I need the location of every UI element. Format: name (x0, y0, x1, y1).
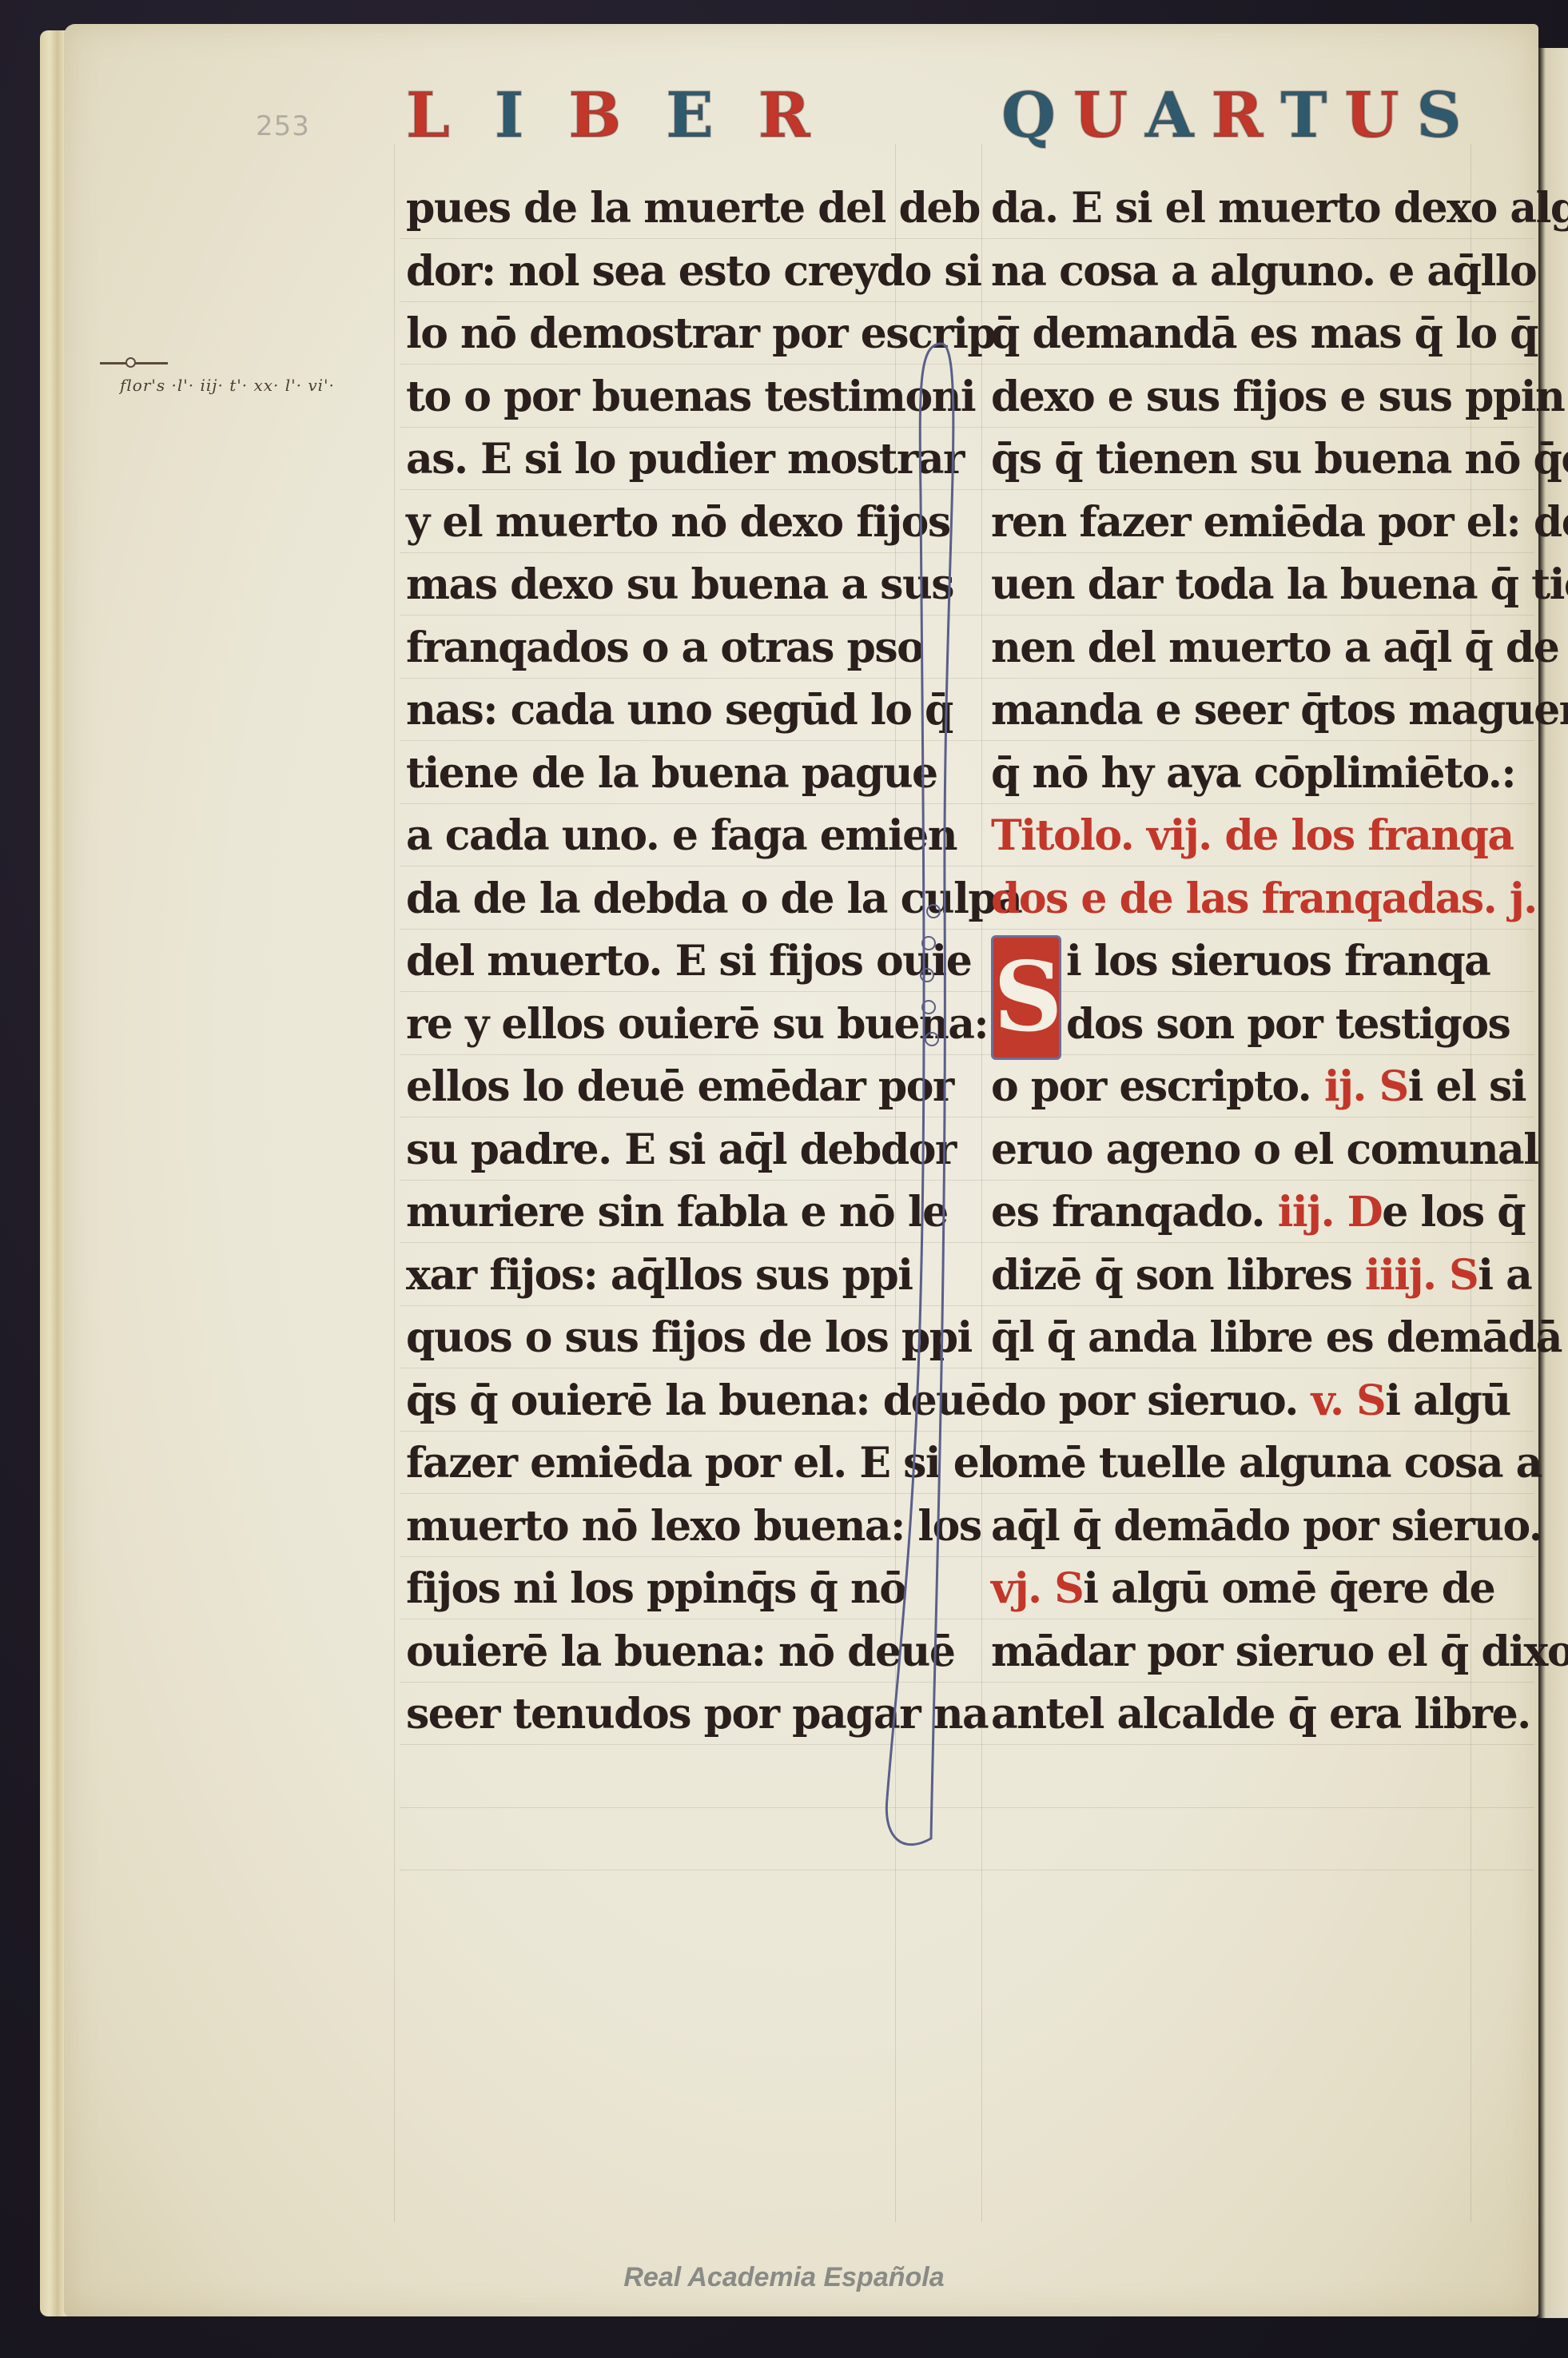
rubric-title-line: dos e de las franqadas. j. (991, 868, 1478, 931)
watermark: Real Academia Española (0, 2262, 1568, 2293)
text-line: mādar por sieruo el q̄ dixo (991, 1621, 1478, 1684)
header-quartus-letter: R (1205, 80, 1270, 152)
header-quartus-letter: Q (995, 80, 1062, 152)
text-line: su padre. E si aq̄l debdor (406, 1119, 893, 1182)
text-span: antel alcalde q̄ era libre. (991, 1690, 1530, 1739)
header-liber-letter: I (488, 80, 531, 152)
rubric-text: vj. S (991, 1564, 1083, 1613)
text-line: muriere sin fabla e nō le (406, 1181, 893, 1245)
text-span: do por sieruo. (991, 1376, 1311, 1425)
text-line: dor: nol sea esto creydo si (406, 241, 893, 304)
text-line: ren fazer emiēda por el: de (991, 492, 1478, 555)
text-line: xar fijos: aq̄llos sus ppi (406, 1245, 893, 1308)
text-line: fijos ni los ppinq̄s q̄ nō (406, 1558, 893, 1621)
text-column-right: da. E si el muerto dexo alguna cosa a al… (991, 177, 1478, 1747)
folio-number: 253 (256, 110, 310, 142)
decorated-initial-s: S (991, 935, 1061, 1060)
header-liber-letter: B (562, 80, 627, 152)
text-line: da de la debda o de la culpa (406, 868, 893, 931)
text-line: re y ellos ouierē su buena: (406, 994, 893, 1057)
text-span: i a (1478, 1251, 1531, 1300)
text-line: dexo e sus fijos e sus ppin (991, 366, 1478, 429)
ruling-line (400, 1870, 1534, 1870)
text-span: q̄s q̄ tienen su buena nō q̄e (991, 435, 1568, 484)
text-span: manda e seer q̄tos maguer (991, 686, 1568, 735)
text-line: antel alcalde q̄ era libre. (991, 1683, 1478, 1747)
text-line: manda e seer q̄tos maguer (991, 679, 1478, 743)
header-quartus-letter: U (1338, 80, 1405, 152)
text-line: omē tuelle alguna cosa a (991, 1432, 1478, 1496)
text-span: i algū omē q̄ere de (1083, 1564, 1494, 1613)
ruling-line (400, 1807, 1534, 1808)
rubric-text: iij. D (1278, 1188, 1383, 1237)
text-line: do por sieruo. v. Si algū (991, 1370, 1478, 1433)
rubric-title-line: Titolo. vij. de los franqa (991, 805, 1478, 868)
text-span: o por escripto. (991, 1062, 1324, 1111)
text-line: aq̄l q̄ demādo por sieruo. (991, 1496, 1478, 1559)
header-quartus-letter: T (1274, 80, 1333, 152)
text-line: dizē q̄ son libres iiij. Si a (991, 1245, 1478, 1308)
text-line: lo nō demostrar por escrip (406, 303, 893, 366)
text-line: da. E si el muerto dexo algu (991, 177, 1478, 241)
text-line: q̄s q̄ tienen su buena nō q̄e (991, 428, 1478, 492)
text-line: del muerto. E si fijos ouie (406, 930, 893, 994)
text-line: y el muerto nō dexo fijos (406, 492, 893, 555)
text-line: q̄ demandā es mas q̄ lo q̄ (991, 303, 1478, 366)
text-span: uen dar toda la buena q̄ tie (991, 560, 1568, 609)
text-line: dos son por testigos (991, 994, 1478, 1057)
text-span: q̄ nō hy aya cōplimiēto.: (991, 749, 1515, 798)
text-line: Si los sieruos franqa (991, 930, 1478, 994)
text-span: na cosa a alguno. e aq̄llo (991, 247, 1536, 296)
text-line: q̄s q̄ ouierē la buena: deuē (406, 1370, 893, 1433)
text-line: es franqado. iij. De los q̄ (991, 1181, 1478, 1245)
header-quartus-letter: U (1067, 80, 1134, 152)
text-line: ouierē la buena: nō deuē (406, 1621, 893, 1684)
text-span: i los sieruos franqa (1066, 937, 1490, 986)
text-span: e los q̄ (1382, 1188, 1525, 1237)
text-line: fazer emiēda por el. E si el (406, 1432, 893, 1496)
rubric-text: ij. S (1324, 1062, 1408, 1111)
text-line: pues de la muerte del deb (406, 177, 893, 241)
text-span: da. E si el muerto dexo algu (991, 184, 1568, 233)
text-line: quos o sus fijos de los ppi (406, 1307, 893, 1370)
text-line: as. E si lo pudier mostrar (406, 428, 893, 492)
rubric-text: iiij. S (1365, 1251, 1478, 1300)
text-line: eruo ageno o el comunal (991, 1119, 1478, 1182)
header-liber-letter: L (400, 80, 456, 152)
text-span: i algū (1385, 1376, 1510, 1425)
text-span: q̄l q̄ anda libre es demādā (991, 1313, 1562, 1362)
text-span: es franqado. (991, 1188, 1278, 1237)
text-span: omē tuelle alguna cosa a (991, 1439, 1542, 1488)
text-line: muerto nō lexo buena: los (406, 1496, 893, 1559)
text-span: aq̄l q̄ demādo por sieruo. (991, 1502, 1542, 1551)
text-line: o por escripto. ij. Si el si (991, 1056, 1478, 1119)
text-line: na cosa a alguno. e aq̄llo (991, 241, 1478, 304)
ruling-vertical (394, 144, 395, 2222)
running-header-liber: LIBER (400, 80, 817, 152)
header-quartus-letter: S (1410, 80, 1467, 152)
header-quartus-letter: A (1139, 80, 1200, 152)
text-column-left: pues de la muerte del debdor: nol sea es… (406, 177, 893, 1747)
text-line: nen del muerto a aq̄l q̄ de (991, 617, 1478, 680)
text-line: nas: cada uno segūd lo q̄ (406, 679, 893, 743)
text-line: tiene de la buena pague (406, 743, 893, 806)
header-liber-letter: E (659, 80, 719, 152)
penwork-flourish-icon (871, 336, 967, 1870)
text-span: mādar por sieruo el q̄ dixo (991, 1627, 1568, 1676)
running-header-quartus: QUARTUS (995, 80, 1468, 152)
text-span: dos son por testigos (1066, 1000, 1510, 1049)
text-line: to o por buenas testimoni (406, 366, 893, 429)
text-line: uen dar toda la buena q̄ tie (991, 554, 1478, 617)
text-line: a cada uno. e faga emien (406, 805, 893, 868)
text-span: dizē q̄ son libres (991, 1251, 1365, 1300)
text-span: dexo e sus fijos e sus ppin (991, 372, 1564, 421)
text-span: i el si (1408, 1062, 1526, 1111)
text-span: ren fazer emiēda por el: de (991, 498, 1568, 547)
text-span: q̄ demandā es mas q̄ lo q̄ (991, 309, 1538, 358)
marginal-note: flor's ·l'· iij· t'· xx· l'· vi'· (120, 376, 335, 395)
text-line: q̄ nō hy aya cōplimiēto.: (991, 743, 1478, 806)
text-span: eruo ageno o el comunal (991, 1125, 1538, 1174)
rubric-text: v. S (1311, 1376, 1385, 1425)
text-line: seer tenudos por pagar na (406, 1683, 893, 1747)
text-span: nen del muerto a aq̄l q̄ de (991, 623, 1558, 672)
text-line: q̄l q̄ anda libre es demādā (991, 1307, 1478, 1370)
ruling-vertical (981, 144, 982, 2222)
text-line: ellos lo deuē emēdar por (406, 1056, 893, 1119)
rubric-text: Titolo. vij. de los franqa (991, 811, 1514, 860)
marginal-mark-icon (100, 362, 168, 364)
text-line: mas dexo su buena a sus (406, 554, 893, 617)
header-liber-letter: R (752, 80, 817, 152)
rubric-text: dos e de las franqadas. j. (991, 874, 1537, 923)
text-line: vj. Si algū omē q̄ere de (991, 1558, 1478, 1621)
text-line: franqados o a otras pso (406, 617, 893, 680)
